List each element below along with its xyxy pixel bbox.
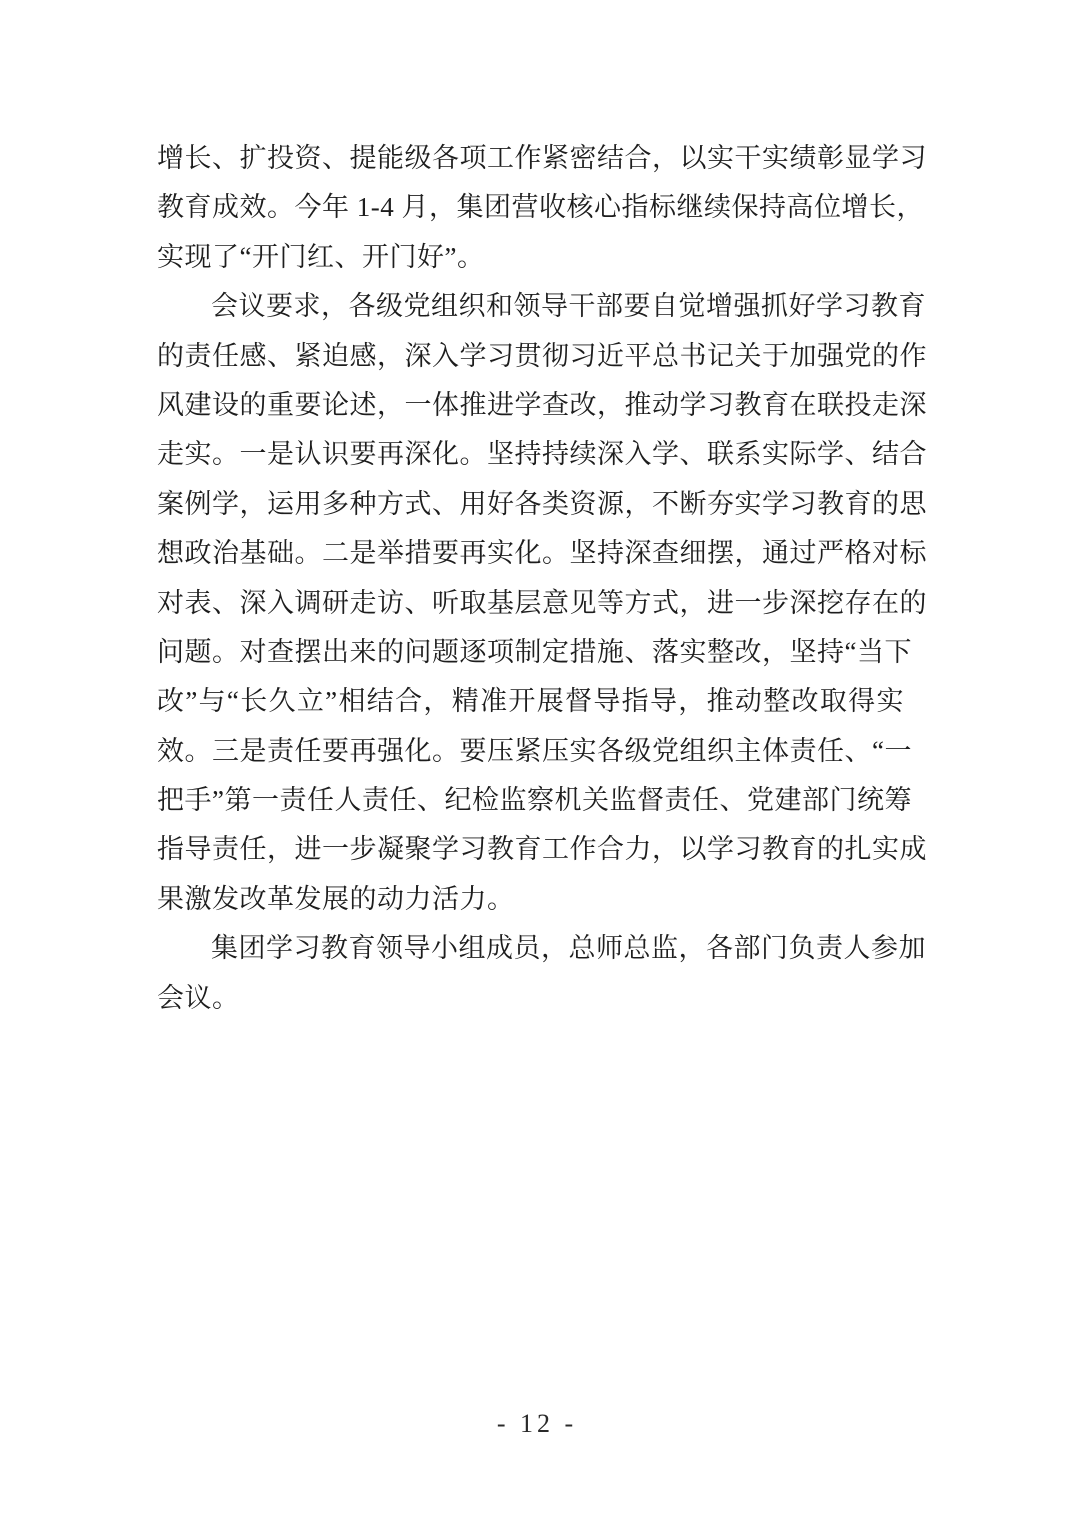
text-line: 实现了“开门红、开门好”。 bbox=[157, 233, 904, 282]
text-line: 改”与“长久立”相结合，精准开展督导指导，推动整改取得实 bbox=[157, 677, 904, 726]
text-line: 果激发改革发展的动力活力。 bbox=[157, 875, 904, 924]
text-line: 把手”第一责任人责任、纪检监察机关监督责任、党建部门统筹 bbox=[157, 776, 904, 825]
text-line: 集团学习教育领导小组成员，总师总监，各部门负责人参加 bbox=[157, 924, 904, 973]
text-line: 风建设的重要论述，一体推进学查改，推动学习教育在联投走深 bbox=[157, 381, 904, 430]
text-line: 教育成效。今年 1-4 月，集团营收核心指标继续保持高位增长， bbox=[157, 183, 904, 232]
page-footer: - 12 - bbox=[0, 1408, 1074, 1440]
text-line: 对表、深入调研走访、听取基层意见等方式，进一步深挖存在的 bbox=[157, 579, 904, 628]
text-line: 会议。 bbox=[157, 974, 904, 1023]
text-line: 会议要求，各级党组织和领导干部要自觉增强抓好学习教育 bbox=[157, 282, 904, 331]
text-line: 增长、扩投资、提能级各项工作紧密结合，以实干实绩彰显学习 bbox=[157, 134, 904, 183]
text-line: 的责任感、紧迫感，深入学习贯彻习近平总书记关于加强党的作 bbox=[157, 332, 904, 381]
text-line: 走实。一是认识要再深化。坚持持续深入学、联系实际学、结合 bbox=[157, 430, 904, 479]
text-line: 想政治基础。二是举措要再实化。坚持深查细摆，通过严格对标 bbox=[157, 529, 904, 578]
page-number: - 12 - bbox=[497, 1409, 577, 1438]
document-page: 增长、扩投资、提能级各项工作紧密结合，以实干实绩彰显学习教育成效。今年 1-4 … bbox=[0, 0, 1074, 1520]
text-line: 指导责任，进一步凝聚学习教育工作合力，以学习教育的扎实成 bbox=[157, 825, 904, 874]
text-line: 案例学，运用多种方式、用好各类资源，不断夯实学习教育的思 bbox=[157, 480, 904, 529]
text-line: 问题。对查摆出来的问题逐项制定措施、落实整改，坚持“当下 bbox=[157, 628, 904, 677]
document-body: 增长、扩投资、提能级各项工作紧密结合，以实干实绩彰显学习教育成效。今年 1-4 … bbox=[157, 134, 904, 1023]
text-line: 效。三是责任要再强化。要压紧压实各级党组织主体责任、“一 bbox=[157, 727, 904, 776]
